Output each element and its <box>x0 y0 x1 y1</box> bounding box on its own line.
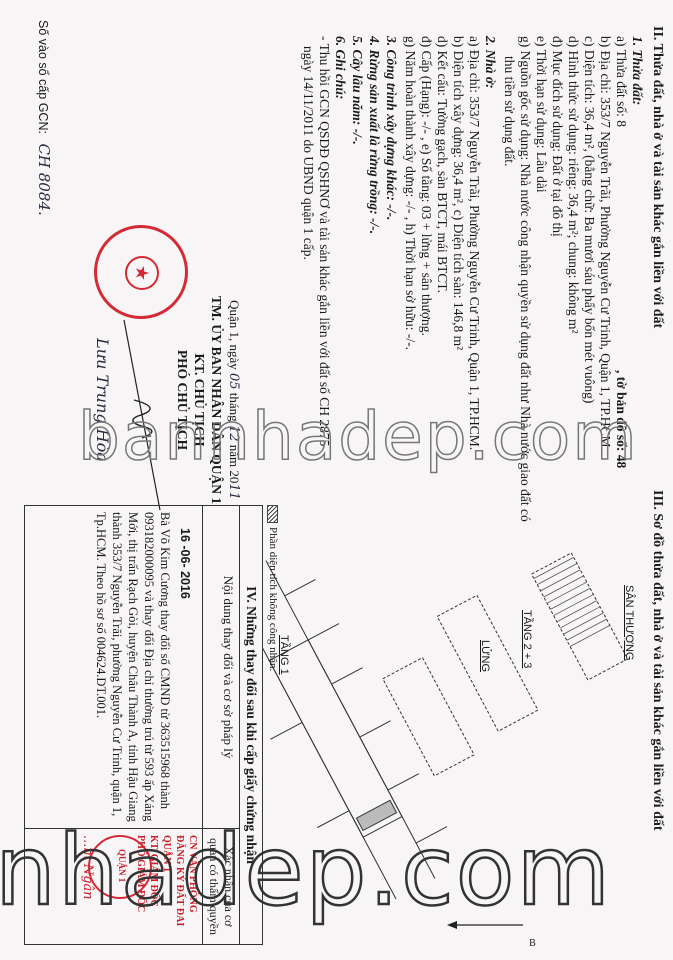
land-heading: 1. Thửa đất: <box>629 36 646 105</box>
issue-year: 11 <box>226 483 241 500</box>
planted-forest: 4. Rừng sản xuất là rừng trồng: -/-. <box>366 36 383 234</box>
house-heading: 2. Nhà ở: <box>482 36 499 89</box>
note-line-1: - Thu hồi GCN QSDĐ QSHNƠ và tài sản khác… <box>316 36 333 446</box>
section3-title: III. Sơ đồ thửa đất, nhà ở và tài sản kh… <box>649 490 665 831</box>
watermark-bottom: nhadep.com <box>0 815 612 927</box>
land-purpose: đ) Mục đích sử dụng: Đất ở tại đô thị <box>549 36 566 237</box>
ledger-value: CH 8084. <box>35 143 53 215</box>
house-completion: g) Năm hoàn thành xây dựng: -/- , h) Thờ… <box>402 36 419 350</box>
section2-title: II. Thửa đất, nhà ở và tài sản khác gắn … <box>649 26 665 328</box>
change-line: Mới, thị trấn Rạch Gòi, huyện Châu Thành… <box>125 512 141 822</box>
perennial-trees: 5. Cây lâu năm: -/-. <box>349 36 366 145</box>
col-header-content: Nội dung thay đổi và cơ sở pháp lý <box>203 506 240 829</box>
change-entry: 16 -06- 2016 Bà Võ Kim Cương thay đổi số… <box>25 506 203 829</box>
notes-heading: 6. Ghi chú: <box>332 36 349 99</box>
land-usage-form: d) Hình thức sử dụng: riêng: 36,4 m²; ch… <box>565 36 582 334</box>
land-address: b) Địa chỉ: 353/7 Nguyễn Trãi, Phường Ng… <box>597 36 614 451</box>
north-label: B <box>529 938 536 949</box>
land-area: c) Diện tích: 36,4 m², (bằng chữ: Ba mươ… <box>581 36 598 403</box>
hatch-swatch-icon <box>267 505 278 523</box>
house-structure: d) Kết cấu: Tường gạch, sàn BTCT, mái BT… <box>434 36 451 293</box>
change-line: Bà Võ Kim Cương thay đổi số CMND từ 3635… <box>157 512 173 822</box>
change-line: 093182000095 và thay đổi Địa chỉ thường … <box>141 512 157 822</box>
other-construction: 3. Công trình xây dựng khác: -/-. <box>383 36 400 220</box>
watermark-top: bannhadep.com <box>78 398 639 475</box>
ledger-number: Số vào sổ cấp GCN: CH 8084. <box>35 20 53 216</box>
house-grade: đ) Cấp (Hạng): -/- , e) Số tầng: 03 + lử… <box>418 36 435 336</box>
floor-2-3-plan <box>437 595 538 731</box>
house-area: b) Diện tích xây dựng: 36,4 m², c) Diện … <box>450 36 467 350</box>
land-term: e) Thời hạn sử dụng: Lâu dài <box>533 36 550 193</box>
change-line: Tp.HCM. Theo hồ sơ số 004624.DT.001. <box>93 512 109 822</box>
land-parcel-no: a) Thửa đất số: 8 <box>613 36 630 127</box>
legend: Phần diện tích không công nhận. <box>264 505 281 671</box>
house-address: a) Địa chỉ: 353/7 Nguyễn Trãi, Phường Ng… <box>466 36 483 450</box>
change-date: 16 -06- 2016 <box>177 512 193 822</box>
star-emblem-icon: ★ <box>125 256 159 290</box>
mezzanine-plan <box>383 658 474 776</box>
official-stamp: ★ <box>94 225 188 319</box>
change-line: thành 353/7 Nguyễn Trãi, phường Nguyễn C… <box>109 512 125 822</box>
issue-day: 05 <box>226 373 241 390</box>
note-line-2: ngày 14/11/2011 do UBND quận 1 cấp. <box>300 46 317 260</box>
land-origin-cont: thu tiền sử dụng đất. <box>501 56 518 166</box>
rooftop-plan <box>532 553 628 680</box>
